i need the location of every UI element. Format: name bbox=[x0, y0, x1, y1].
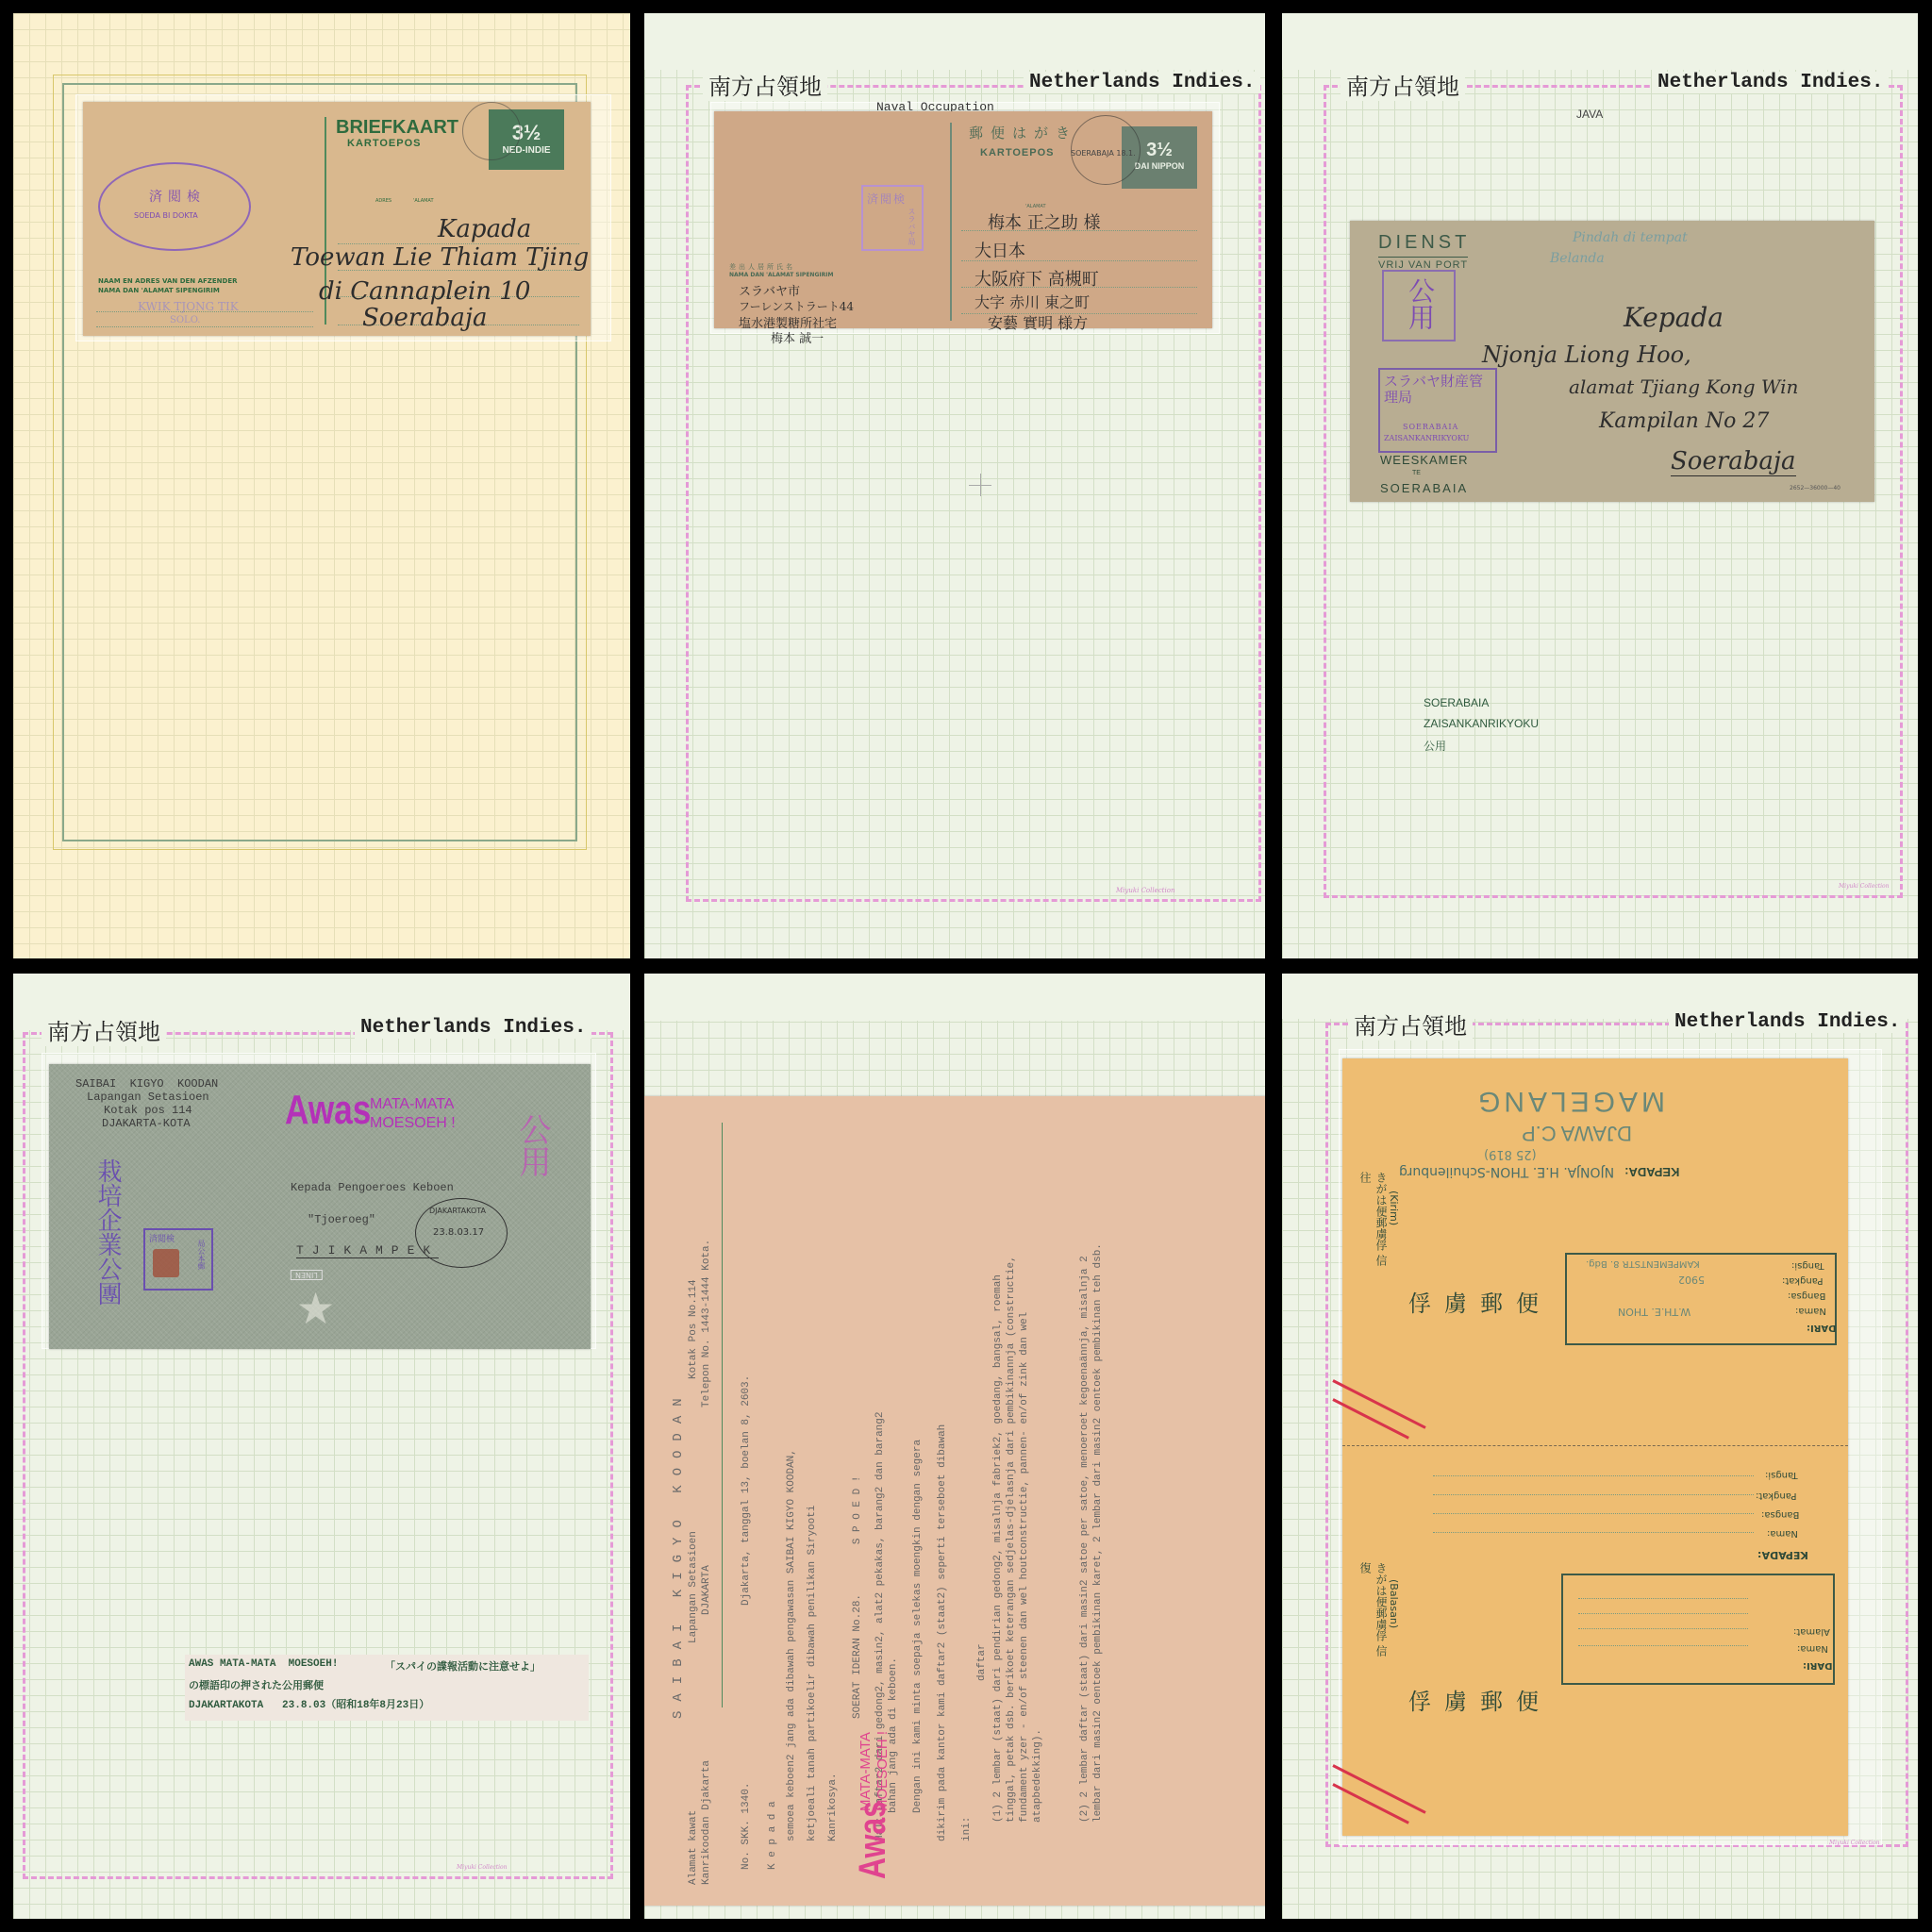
letter-content-rotated: SAIBAI KIGYO KOODAN Alamat kawat Kanriko… bbox=[663, 1115, 1248, 1889]
address-line: Soerabaja bbox=[362, 304, 488, 332]
recipient-line: KEPADA: NJONJA. H.E. THON-Schuilenburg bbox=[1399, 1164, 1679, 1182]
header-jp-title: 南方占領地 bbox=[1341, 68, 1465, 101]
sender-line: DJAKARTA-KOTA bbox=[102, 1117, 191, 1130]
sender-label-nl: NAAM EN ADRES VAN DEN AFZENDER bbox=[98, 277, 238, 285]
address-line: 大阪府下 高槻町 bbox=[974, 266, 1099, 291]
album-page-6: 南方占領地 Netherlands Indies. MAGELANG DJAWA… bbox=[1282, 974, 1918, 1919]
footer-credit: Miyuki Collection bbox=[1116, 887, 1174, 894]
dari-nama-value: W.TH.E. THON bbox=[1618, 1306, 1690, 1318]
pencil-note: Pindah di tempat bbox=[1573, 230, 1688, 245]
vertical-kanji: 栽培企業公團 bbox=[91, 1158, 125, 1306]
caption-line-1-jp: 「スパイの諜報活動に注意せよ」 bbox=[385, 1658, 541, 1674]
address-line: Kapada bbox=[438, 215, 531, 243]
kirim-label: (Kirim) bbox=[1388, 1191, 1400, 1225]
sender-line: SAIBAI KIGYO KOODAN bbox=[75, 1077, 218, 1091]
balasan-label: (Balasan) bbox=[1388, 1579, 1400, 1628]
header-jp-title: 南方占領地 bbox=[42, 1013, 166, 1046]
album-page-2: 南方占領地 Netherlands Indies. Naval Occupati… bbox=[644, 13, 1265, 958]
censor-box-stamp: 済閲検 スラバヤ局 bbox=[861, 185, 924, 251]
djawa-pencil: DJAWA C.P bbox=[1522, 1121, 1632, 1145]
card-subtitle: KARTOEPOS bbox=[980, 147, 1054, 158]
caption-line: ZAISANKANRIKYOKU bbox=[1424, 717, 1539, 730]
album-page-1: BRIEFKAART KARTOEPOS 3½ NED-INDIE ADRES … bbox=[13, 13, 630, 958]
address-line: "Tjoeroeg" bbox=[308, 1213, 375, 1226]
official-kanji: 公用 bbox=[509, 1113, 556, 1177]
sender-line: Kotak pos 114 bbox=[104, 1104, 192, 1117]
card-bottom-half: Tangsi: Pangkat: Bangsa: Nama: KEPADA: き… bbox=[1342, 1447, 1848, 1836]
address-line: Kepada bbox=[1624, 302, 1724, 333]
dari-tangsi-value: KAMPEMENTSTR 8. Bdg. bbox=[1586, 1258, 1700, 1269]
sender-label-id: NAMA DAN 'ALAMAT SIPENGIRIM bbox=[729, 272, 833, 278]
pow-red-stripe bbox=[1332, 1783, 1409, 1824]
address-line: 大日本 bbox=[974, 238, 1025, 262]
address-line: Njonja Liong Hoo, bbox=[1482, 341, 1691, 368]
card-top-half: MAGELANG DJAWA C.P (25 819) KEPADA: NJON… bbox=[1342, 1058, 1848, 1445]
caption-line-1-latin: AWAS MATA-MATA MOESOEH! bbox=[189, 1658, 338, 1670]
weeskamer-label: WEESKAMER bbox=[1380, 453, 1469, 467]
header-en-title: Netherlands Indies. bbox=[1652, 72, 1889, 93]
bottom-jp-vertical: きがは便郵虜俘 信 復 bbox=[1357, 1562, 1390, 1666]
sender-line: 梅本 誠一 bbox=[771, 328, 824, 346]
sender-city: SOLO. bbox=[170, 315, 200, 325]
footer-credit: Miyuki Collection bbox=[1829, 1840, 1880, 1846]
alamat-label: 'ALAMAT bbox=[413, 198, 434, 204]
official-stamp-box: 公用 bbox=[1382, 270, 1456, 341]
dari-pangkat-value: 5902 bbox=[1678, 1274, 1705, 1286]
card-jp-header: 郵便はがき bbox=[969, 123, 1077, 142]
kepada: K e p a d a bbox=[767, 1801, 778, 1870]
album-page-3: 南方占領地 Netherlands Indies. JAVA DIENST VR… bbox=[1282, 13, 1918, 958]
postcard-briefkaart[interactable]: BRIEFKAART KARTOEPOS 3½ NED-INDIE ADRES … bbox=[83, 102, 591, 336]
corner-text-port: VRIJ VAN PORT bbox=[1378, 257, 1468, 271]
header-en-title: Netherlands Indies. bbox=[1669, 1011, 1906, 1033]
typed-letter[interactable]: SAIBAI KIGYO KOODAN Alamat kawat Kanriko… bbox=[644, 1096, 1265, 1906]
censor-stamp: 済閲検 局公本郵 bbox=[143, 1228, 213, 1291]
address-line: Soerabaja bbox=[1671, 447, 1796, 476]
mata-mata-slogan: MATA-MATA bbox=[370, 1096, 454, 1113]
caption-line-3: DJAKARTAKOTA 23.8.03（昭和18年8月23日） bbox=[189, 1696, 429, 1711]
album-page-4: 南方占領地 Netherlands Indies. SAIBAI KIGYO K… bbox=[13, 974, 630, 1919]
corner-text-dienst: DIENST bbox=[1378, 232, 1470, 254]
sender-label-id: NAMA DAN 'ALAMAT SIPENGIRIM bbox=[98, 287, 220, 294]
sender-label-jp: 差出人居所氏名 bbox=[729, 262, 795, 272]
caption-line: 公用 bbox=[1424, 738, 1446, 754]
city-label: SOERABAIA bbox=[1380, 481, 1468, 495]
postmark: DJAKARTAKOTA 23.8.03.17 bbox=[415, 1198, 508, 1268]
footer-credit: Miyuki Collection bbox=[457, 1864, 508, 1871]
address-line: 安藝 實明 様方 bbox=[988, 311, 1088, 333]
card-title: BRIEFKAART bbox=[336, 117, 458, 139]
address-line: alamat Tjiang Kong Win bbox=[1569, 375, 1798, 398]
pow-red-stripe bbox=[1332, 1398, 1409, 1440]
recipient-name: NJONJA. H.E. THON-Schuilenburg bbox=[1399, 1164, 1614, 1179]
seal-stamp-box: スラバヤ財産管理局 SOERABAIA ZAISANKANRIKYOKU bbox=[1378, 368, 1497, 453]
linen-label: LINEN bbox=[291, 1270, 323, 1280]
address-line: Kampilan No 27 bbox=[1599, 409, 1769, 433]
pencil-note: Belanda bbox=[1550, 251, 1605, 266]
header-jp-title: 南方占領地 bbox=[703, 68, 827, 101]
sender-line: フーレンストラート44 bbox=[739, 298, 854, 314]
caption-line: SOERABAIA bbox=[1424, 696, 1489, 709]
card-subtitle: KARTOEPOS bbox=[347, 138, 421, 149]
adres-label: ADRES bbox=[375, 198, 391, 204]
region-label: JAVA bbox=[1576, 108, 1603, 121]
cover-weeskamer[interactable]: DIENST VRIJ VAN PORT 公用 Pindah di tempat… bbox=[1350, 221, 1874, 502]
postcard-dai-nippon[interactable]: 郵便はがき KARTOEPOS 3½ DAI NIPPON SOERABAJA … bbox=[714, 111, 1212, 328]
pow-reply-card[interactable]: MAGELANG DJAWA C.P (25 819) KEPADA: NJON… bbox=[1342, 1058, 1848, 1836]
te-label: TE bbox=[1412, 470, 1421, 476]
sender-line: スラバヤ市 bbox=[739, 281, 800, 299]
ref-pencil: (25 819) bbox=[1484, 1147, 1537, 1161]
footer-credit: Miyuki Collection bbox=[1839, 883, 1890, 890]
moesoeh-slogan: MOESOEH ! bbox=[874, 1731, 891, 1811]
postmark bbox=[462, 102, 521, 160]
top-jp-vertical: きがは便郵虜俘 信 往 bbox=[1357, 1172, 1390, 1275]
address-line: 大字 赤川 東之町 bbox=[974, 291, 1090, 312]
date-line: Djakarta, tanggal 13, boelan 8, 2603. bbox=[741, 1375, 752, 1606]
pow-kanji: 俘虜郵便 bbox=[1408, 1683, 1552, 1716]
awas-slogan: Awas bbox=[852, 1801, 894, 1879]
letter-header: SAIBAI KIGYO KOODAN bbox=[671, 1389, 686, 1719]
crosshair-mark bbox=[980, 474, 981, 496]
print-code: 2652—36000—40 bbox=[1790, 485, 1840, 491]
album-page-5: SAIBAI KIGYO KOODAN Alamat kawat Kanriko… bbox=[644, 974, 1265, 1919]
caption-line-2: の標語印の押された公用郵便 bbox=[189, 1677, 324, 1692]
star-watermark: ★ bbox=[296, 1287, 335, 1330]
kepada-label: KEPADA: bbox=[1624, 1165, 1679, 1179]
address-line: 梅本 正之助 様 bbox=[988, 209, 1100, 234]
ref-no: No. SKK. 1340. bbox=[741, 1783, 752, 1870]
header-jp-title: 南方占領地 bbox=[1348, 1008, 1473, 1041]
moesoeh-slogan: MOESOEH ! bbox=[370, 1115, 456, 1132]
censor-oval-stamp: 済閲検 SOEDA BI DOKTA bbox=[98, 162, 251, 251]
sender-line: Lapangan Setasioen bbox=[87, 1091, 209, 1104]
pow-kanji: 俘虜郵便 bbox=[1408, 1285, 1552, 1318]
awas-slogan: Awas bbox=[285, 1087, 371, 1134]
cover-saibai-kigyo[interactable]: SAIBAI KIGYO KOODAN Lapangan Setasioen K… bbox=[49, 1064, 591, 1349]
postmark-text: SOERABAJA 18.1. bbox=[1071, 149, 1136, 158]
fold-line bbox=[1342, 1445, 1848, 1446]
card-divider bbox=[950, 123, 952, 321]
mata-mata-slogan: MATA-MATA bbox=[858, 1732, 874, 1811]
address-line: Toewan Lie Thiam Tjing bbox=[291, 243, 589, 272]
address-line: Kepada Pengoeroes Keboen bbox=[291, 1181, 454, 1194]
header-en-title: Netherlands Indies. bbox=[355, 1017, 591, 1039]
address-line: di Cannaplein 10 bbox=[319, 277, 530, 306]
city-pencil: MAGELANG bbox=[1474, 1085, 1665, 1117]
header-en-title: Netherlands Indies. bbox=[1024, 72, 1260, 93]
